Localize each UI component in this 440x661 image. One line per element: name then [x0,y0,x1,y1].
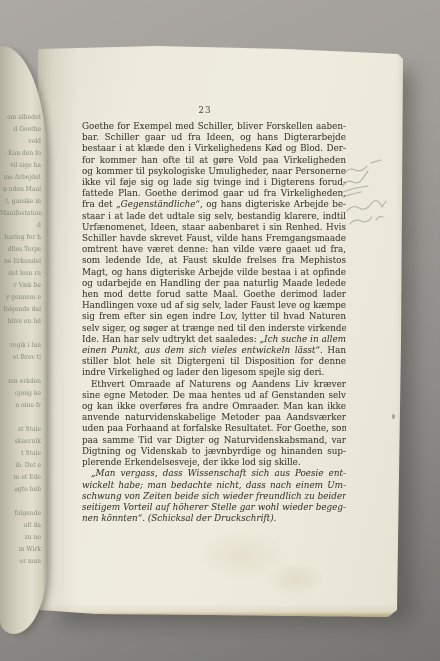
gutter-text-line: falgende dal [0,304,41,316]
text-line: indre Virkelighed og lader den ligesom s… [82,368,346,379]
text-segment: schwung von Zeiten beide sich wieder fre… [82,492,346,502]
text-segment: Ethvert Omraade af Naturens og Aandens L… [91,380,346,390]
text-line: som ledende Ide, at Faust skulde frelses… [82,256,346,267]
text-line: og udarbejde en Handling der paa naturli… [82,279,346,290]
text-segment: „Man vergass, dass Wissenschaft sich aus… [91,469,346,479]
gutter-text-line: me Arbejdet [0,172,41,184]
gutter-text-line: Manifestation d [0,208,41,232]
text-line: Handlingen voxe ud af sig selv, lader Fa… [82,301,346,312]
photo-background: 23 Goethe for Exempel med Schiller, bliv… [0,0,440,661]
text-line: Ethvert Omraade af Naturens og Aandens L… [82,380,346,391]
text-line: for kommer han ofte til at gøre Vold paa… [82,156,346,167]
gutter-text-line: n uden Maal [0,184,41,196]
text-line: Digtning og Videnskab to jævnbyrdige og … [82,447,346,458]
italic-text-segment: einen Punkt, aus dem sich vieles entwick… [82,346,320,356]
text-segment: Digtning og Videnskab to jævnbyrdige og … [82,447,346,457]
text-segment: omtrent have været denne: han vilde være… [82,245,346,255]
italic-text-segment: „Gegenständliche“ [116,200,200,210]
text-line: Schiller havde skrevet Faust, vilde hans… [82,234,346,245]
text-line: einen Punkt, aus dem sich vieles entwick… [82,346,346,357]
gutter-text-line [0,496,41,508]
text-segment: bestaar i at klæde den i Virkelighedens … [82,144,346,154]
text-segment: selv siger, og søger at trænge ned til d… [82,324,346,334]
text-line: fra det „Gegenständliche“, og hans digte… [82,200,346,211]
text-line: Goethe for Exempel med Schiller, bliver … [82,122,346,133]
gutter-text-line: m Wirk [0,544,41,556]
text-segment: nen könnten“. (Schicksal der Druckschrif… [82,514,276,524]
text-segment: uden paa Forhaand at forfalske Resultate… [82,424,346,434]
text-segment: Magt, og hans digteriske Arbejde vilde b… [82,268,346,278]
text-segment: Schiller havde skrevet Faust, vilde hans… [82,234,346,244]
gutter-text-line: haring for h [0,232,41,244]
paragraph: Goethe for Exempel med Schiller, bliver … [82,122,346,380]
text-segment: hen mod dette forud satte Maal. Goethe d… [82,290,346,300]
paper-stain [266,562,326,596]
text-line: sine egne Metoder. De maa hentes ud af G… [82,391,346,402]
gutter-text-line: ib. Det e [0,460,41,472]
text-line: omtrent have været denne: han vilde være… [82,245,346,256]
text-line: uden paa Forhaand at forfalske Resultate… [82,424,346,435]
gutter-text-line: n eine fr [0,400,41,412]
text-line: ikke vil føje sig og lade sig tvinge ind… [82,178,346,189]
paragraph: „Man vergass, dass Wissenschaft sich aus… [82,469,346,525]
text-line: „Man vergass, dass Wissenschaft sich aus… [82,469,346,480]
paragraph: Ethvert Omraade af Naturens og Aandens L… [82,380,346,470]
text-line: nen könnten“. (Schicksal der Druckschrif… [82,514,346,525]
text-line: hen mod dette forud satte Maal. Goethe d… [82,290,346,301]
text-segment: Urfænomenet, Ideen, staar aabenbaret i s… [82,223,346,233]
gutter-text-line [0,100,41,112]
text-segment: ikke vil føje sig og lade sig tvinge ind… [82,178,346,188]
text-segment: anvende naturvidenskabelige Metoder paa … [82,413,346,423]
text-line: paa samme Tid var Digter og Naturvidensk… [82,436,346,447]
text-segment: Goethe for Exempel med Schiller, bliver … [82,122,346,132]
text-line: sig frem efter sin egen indre Lov, lytte… [82,312,346,323]
text-segment: og udarbejde en Handling der paa naturli… [82,279,346,289]
gutter-text-line [0,412,41,424]
text-segment: , og hans digteriske Arbejde be- [200,200,346,210]
text-segment: Handlingen voxe ud af sig selv, lader Fa… [82,301,346,311]
text-segment: indre Virkelighed og lader den ligesom s… [82,368,324,378]
text-line: og kommer til psykologiske Umuligheder, … [82,167,346,178]
gutter-text-line: dlles Terps [0,244,41,256]
text-line: anvende naturvidenskabelige Metoder paa … [82,413,346,424]
paper-stain [196,530,286,580]
text-segment: og kommer til psykologiske Umuligheder, … [82,167,346,177]
facing-page-edge: om alhedetd Goethe vold. Kan den fovil s… [0,46,47,634]
text-segment: . Han [320,346,346,356]
text-line: plerende Erkendelsesveje, der ikke lod s… [82,458,346,469]
text-segment: Ide. Han har selv udtrykt det saaledes: [82,335,260,345]
text-line: selv siger, og søger at trænge ned til d… [82,324,346,335]
text-segment: staar i at lade det udtale sig selv, bes… [82,212,346,222]
text-segment: sine egne Metoder. De maa hentes ud af G… [82,391,346,401]
text-segment: bar. Schiller gaar ud fra Ideen, og hans… [82,133,346,143]
gutter-text-line: t, ganske in [0,196,41,208]
page-number: 23 [82,106,328,116]
italic-text-segment: „Ich suche in allem [260,335,346,345]
page-text: Goethe for Exempel med Schiller, bliver … [82,122,346,525]
text-line: stiller blot hele sit Digtergeni til Dis… [82,357,346,368]
text-segment: seitigem Vorteil auf höherer Stelle gar … [82,503,346,513]
text-line: Magt, og hans digteriske Arbejde vilde b… [82,268,346,279]
gutter-text-line: alt da [0,520,41,532]
gutter-text-line: agte heb [0,484,41,496]
gutter-text-line: y gennem e [0,292,41,304]
text-segment: fattede Plan. Goethe derimod gaar ud fra… [82,189,346,199]
paper-speck [392,414,395,419]
gutter-text-line: ojmig ke [0,388,41,400]
gutter-text-line: . Kan den fo [0,148,41,160]
gutter-text-line: d Goethe vold [0,124,41,148]
gutter-text-line: t Stale [0,448,41,460]
gutter-text-line: blive en lid [0,316,41,328]
gutter-text-line: falgende [0,508,41,520]
text-segment: for kommer han ofte til at gøre Vold paa… [82,156,346,166]
gutter-text-line: vil sige ha [0,160,41,172]
text-line: schwung von Zeiten beide sich wieder fre… [82,492,346,503]
gutter-text-line: st Stale [0,424,41,436]
gutter-text-line [0,364,41,376]
text-line: bestaar i at klæde den i Virkelighedens … [82,144,346,155]
gutter-text: om alhedetd Goethe vold. Kan den fovil s… [0,100,41,568]
gutter-text-line: zu no [0,532,41,544]
pencil-note-2 [345,196,403,238]
gutter-text-line: er man [0,556,41,568]
book-page: 23 Goethe for Exempel med Schiller, bliv… [36,42,406,618]
text-line: staar i at lade det udtale sig selv, bes… [82,212,346,223]
text-line: Ide. Han har selv udtrykt det saaledes: … [82,335,346,346]
text-line: Urfænomenet, Ideen, staar aabenbaret i s… [82,223,346,234]
text-segment: og kan ikke overføres fra andre Omraader… [82,402,346,412]
gutter-text-line: det lesn ru [0,268,41,280]
gutter-text-line: et Brev ti [0,352,41,364]
text-line: fattede Plan. Goethe derimod gaar ud fra… [82,189,346,200]
gutter-text-line: om alhedet [0,112,41,124]
text-segment: fra det [82,200,116,210]
text-segment: plerende Erkendelsesveje, der ikke lod s… [82,458,301,468]
text-segment: som ledende Ide, at Faust skulde frelses… [82,256,346,266]
text-line: wickelt habe; man bedachte nicht, dass n… [82,481,346,492]
gutter-text-line: regik i lan [0,340,41,352]
gutter-text-line: m et Ede [0,472,41,484]
text-line: og kan ikke overføres fra andre Omraader… [82,402,346,413]
text-segment: sig frem efter sin egen indre Lov, lytte… [82,312,346,322]
gutter-text-line: r Væk be [0,280,41,292]
gutter-text-line [0,328,41,340]
text-segment: wickelt habe; man bedachte nicht, dass n… [82,481,346,491]
text-segment: stiller blot hele sit Digtergeni til Dis… [82,357,346,367]
gutter-text-line: skuernik [0,436,41,448]
text-segment: paa samme Tid var Digter og Naturvidensk… [82,436,346,446]
gutter-text-line: ne Erkendel [0,256,41,268]
text-line: bar. Schiller gaar ud fra Ideen, og hans… [82,133,346,144]
gutter-text-line: ion erkden [0,376,41,388]
text-line: seitigem Vorteil auf höherer Stelle gar … [82,503,346,514]
